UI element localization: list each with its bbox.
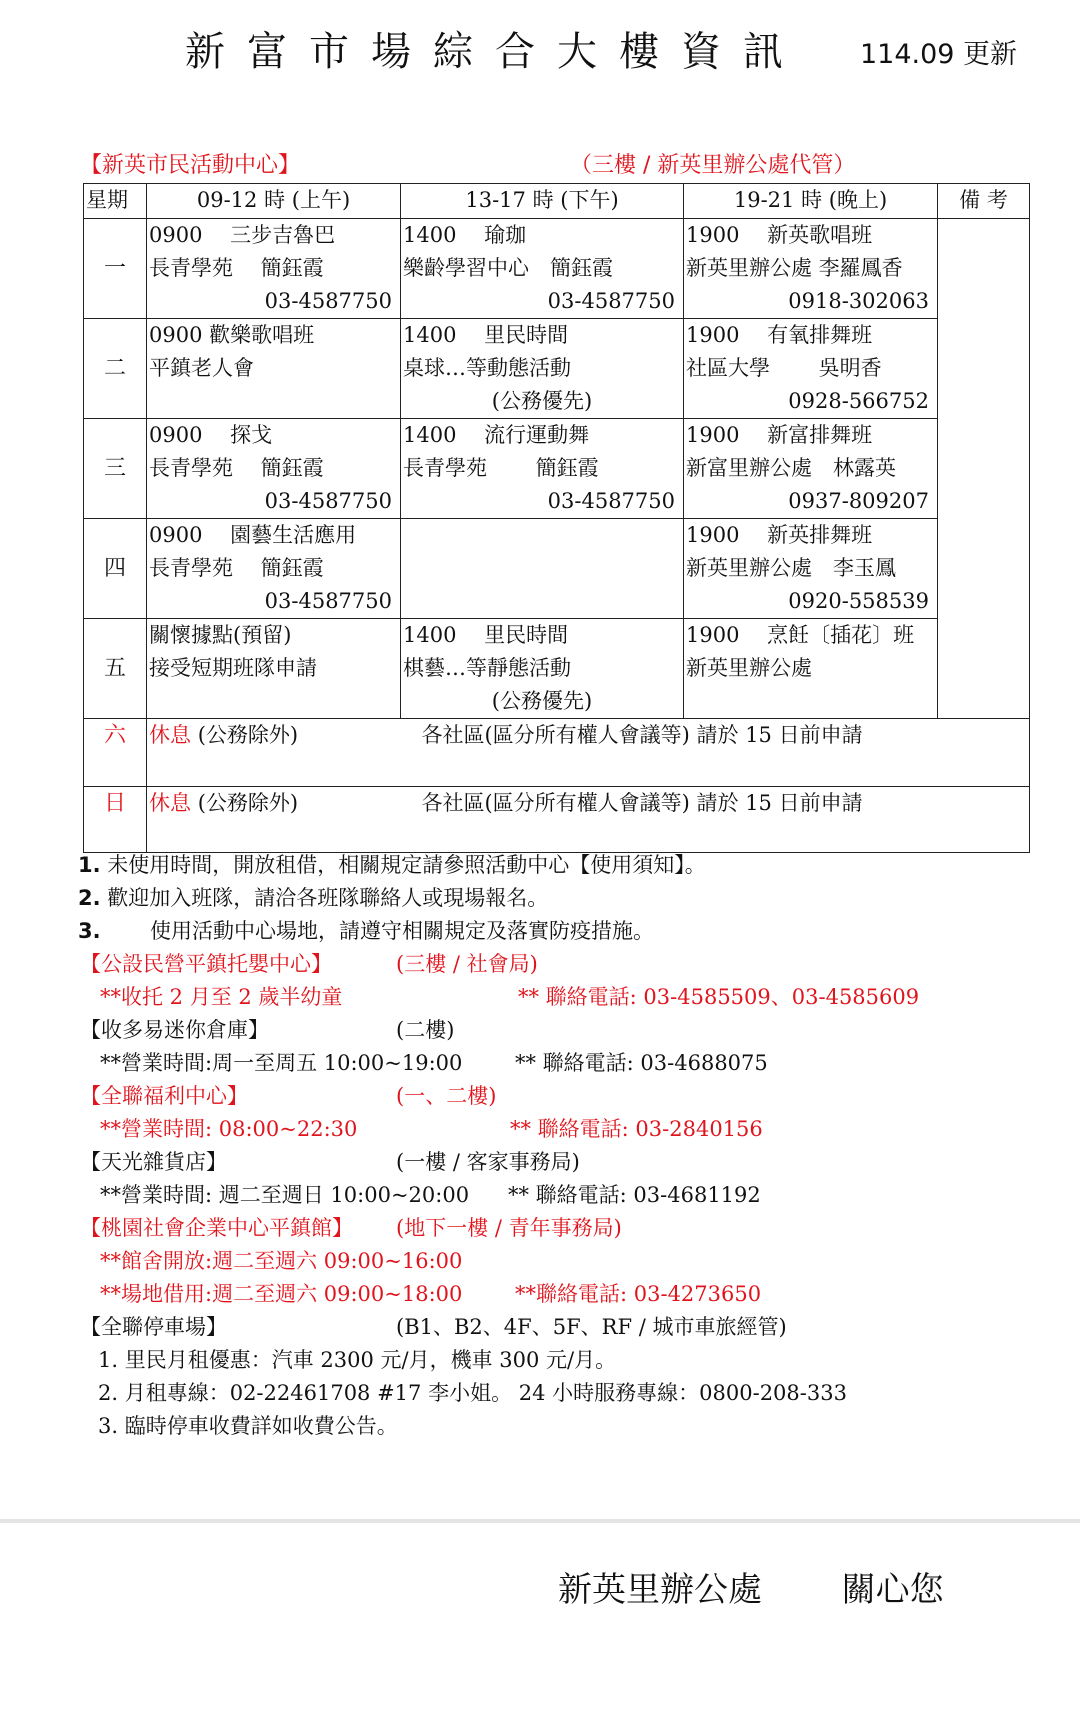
day-label: 二 (84, 319, 147, 419)
afternoon-cell: 1400 里民時間 桌球…等動態活動 (公務優先) (401, 319, 684, 419)
class-phone (149, 385, 398, 418)
note-text: 歡迎加入班隊，請洽各班隊聯絡人或現場報名。 (107, 886, 548, 910)
note-number: 1. (78, 853, 101, 877)
class-phone (403, 585, 681, 618)
class-phone (686, 685, 935, 718)
evening-cell: 1900 烹飪〔插花〕班 新英里辦公處 (684, 619, 938, 719)
class-phone: 03-4587750 (149, 585, 398, 618)
social-enterprise-phone: **聯絡電話: 03-4273650 (515, 1278, 761, 1308)
table-header-row: 星期 09-12 時 (上午) 13-17 時 (下午) 19-21 時 (晚上… (84, 184, 1030, 219)
social-enterprise-name: 【桃園社會企業中心平鎮館】 (80, 1212, 353, 1242)
morning-cell: 0900 探戈 長青學苑 簡鈺霞 03-4587750 (147, 419, 401, 519)
nursery-detail: **收托 2 月至 2 歲半幼童 (100, 981, 342, 1011)
class-organizer: 長青學苑 簡鈺霞 (149, 252, 398, 285)
day-label: 三 (84, 419, 147, 519)
welfare-phone: ** 聯絡電話: 03-2840156 (510, 1113, 763, 1143)
rest-note: (公務除外) (198, 723, 298, 747)
class-phone: 03-4587750 (149, 485, 398, 518)
evening-cell: 1900 有氧排舞班 社區大學 吳明香 0928-566752 (684, 319, 938, 419)
parking-location: (B1、B2、4F、5F、RF / 城市車旅經管) (396, 1311, 787, 1341)
note-2: 2. 歡迎加入班隊，請洽各班隊聯絡人或現場報名。 (78, 882, 548, 912)
class-title (403, 519, 681, 552)
page-title: 新富市場綜合大樓資訊 (185, 20, 805, 77)
class-title: 0900 歡樂歌唱班 (149, 319, 398, 352)
update-date: 114.09 更新 (860, 32, 1017, 71)
afternoon-cell: 1400 瑜珈 樂齡學習中心 簡鈺霞 03-4587750 (401, 219, 684, 319)
class-organizer: 棋藝…等靜態活動 (403, 652, 681, 685)
apply-note: 各社區(區分所有權人會議等) 請於 15 日前申請 (421, 723, 862, 747)
grocery-phone: ** 聯絡電話: 03-4681192 (508, 1179, 761, 1209)
class-phone: 03-4587750 (403, 285, 681, 318)
day-label: 六 (84, 719, 147, 787)
note-3: 3. 使用活動中心場地，請遵守相關規定及落實防疫措施。 (78, 915, 654, 945)
class-phone: 0937-809207 (686, 485, 935, 518)
footer-message: 關心您 (842, 1570, 944, 1610)
welfare-name: 【全聯福利中心】 (80, 1080, 248, 1110)
footer: 新英里辦公處 關心您 (558, 1562, 944, 1611)
class-organizer: 平鎮老人會 (149, 352, 398, 385)
class-title: 1400 瑜珈 (403, 219, 681, 252)
class-organizer: 桌球…等動態活動 (403, 352, 681, 385)
class-organizer: 新英里辦公處 李玉鳳 (686, 552, 935, 585)
rest-note: (公務除外) (198, 791, 298, 815)
class-title: 關懷據點(預留) (149, 619, 398, 652)
social-enterprise-hours: **館舍開放:週二至週六 09:00~16:00 (100, 1245, 462, 1275)
class-phone: 03-4587750 (149, 285, 398, 318)
divider (0, 1519, 1080, 1523)
col-header-evening: 19-21 時 (晚上) (684, 184, 938, 219)
table-row: 四 0900 園藝生活應用 長青學苑 簡鈺霞 03-4587750 1900 新… (84, 519, 1030, 619)
class-title: 1900 有氧排舞班 (686, 319, 935, 352)
weekend-cell: 休息 (公務除外) 各社區(區分所有權人會議等) 請於 15 日前申請 (147, 719, 1030, 787)
evening-cell: 1900 新富排舞班 新富里辦公處 林露英 0937-809207 (684, 419, 938, 519)
note-1: 1. 未使用時間，開放租借，相關規定請參照活動中心【使用須知】。 (78, 849, 706, 879)
storage-location: (二樓) (396, 1014, 454, 1044)
col-header-day: 星期 (84, 184, 147, 219)
day-label: 四 (84, 519, 147, 619)
weekend-cell: 休息 (公務除外) 各社區(區分所有權人會議等) 請於 15 日前申請 (147, 787, 1030, 853)
note-number: 3. (78, 919, 101, 943)
parking-item: 1. 里民月租優惠：汽車 2300 元/月，機車 300 元/月。 (98, 1344, 616, 1374)
table-row: 一 0900 三步吉魯巴 長青學苑 簡鈺霞 03-4587750 1400 瑜珈… (84, 219, 1030, 319)
morning-cell: 0900 三步吉魯巴 長青學苑 簡鈺霞 03-4587750 (147, 219, 401, 319)
evening-cell: 1900 新英排舞班 新英里辦公處 李玉鳳 0920-558539 (684, 519, 938, 619)
note-number: 2. (78, 886, 101, 910)
morning-cell: 關懷據點(預留) 接受短期班隊申請 (147, 619, 401, 719)
parking-item: 3. 臨時停車收費詳如收費公告。 (98, 1410, 398, 1440)
class-organizer: 長青學苑 簡鈺霞 (403, 452, 681, 485)
welfare-location: (一、二樓) (396, 1080, 496, 1110)
social-enterprise-rental: **場地借用:週二至週六 09:00~18:00 (100, 1278, 462, 1308)
class-title: 1900 烹飪〔插花〕班 (686, 619, 935, 652)
col-header-afternoon: 13-17 時 (下午) (401, 184, 684, 219)
rest-label: 休息 (149, 791, 191, 815)
parking-item: 2. 月租專線：02-22461708 #17 李小姐。 24 小時服務專線：0… (98, 1377, 847, 1407)
table-row: 三 0900 探戈 長青學苑 簡鈺霞 03-4587750 1400 流行運動舞… (84, 419, 1030, 519)
table-row-weekend: 日 休息 (公務除外) 各社區(區分所有權人會議等) 請於 15 日前申請 (84, 787, 1030, 853)
apply-note: 各社區(區分所有權人會議等) 請於 15 日前申請 (421, 791, 862, 815)
grocery-location: (一樓 / 客家事務局) (396, 1146, 580, 1176)
afternoon-cell: 1400 流行運動舞 長青學苑 簡鈺霞 03-4587750 (401, 419, 684, 519)
class-organizer: 接受短期班隊申請 (149, 652, 398, 685)
class-phone: 0920-558539 (686, 585, 935, 618)
class-organizer: 樂齡學習中心 簡鈺霞 (403, 252, 681, 285)
afternoon-cell: 1400 里民時間 棋藝…等靜態活動 (公務優先) (401, 619, 684, 719)
class-title: 0900 三步吉魯巴 (149, 219, 398, 252)
class-title: 1400 流行運動舞 (403, 419, 681, 452)
class-organizer: 新富里辦公處 林露英 (686, 452, 935, 485)
note-text: 未使用時間，開放租借，相關規定請參照活動中心【使用須知】。 (107, 853, 706, 877)
activity-center-location: （三樓 / 新英里辦公處代管） (570, 148, 855, 179)
class-title: 1900 新英排舞班 (686, 519, 935, 552)
parking-name: 【全聯停車場】 (80, 1311, 227, 1341)
storage-detail: **營業時間:周一至周五 10:00~19:00 (100, 1047, 462, 1077)
class-organizer: 新英里辦公處 (686, 652, 935, 685)
table-row: 二 0900 歡樂歌唱班 平鎮老人會 1400 里民時間 桌球…等動態活動 (公… (84, 319, 1030, 419)
class-title: 0900 探戈 (149, 419, 398, 452)
day-label: 日 (84, 787, 147, 853)
table-row: 五 關懷據點(預留) 接受短期班隊申請 1400 里民時間 棋藝…等靜態活動 (… (84, 619, 1030, 719)
col-header-remarks: 備 考 (938, 184, 1030, 219)
footer-office: 新英里辦公處 (558, 1570, 762, 1610)
nursery-name: 【公設民營平鎮托嬰中心】 (80, 948, 332, 978)
schedule-table: 星期 09-12 時 (上午) 13-17 時 (下午) 19-21 時 (晚上… (83, 183, 1030, 853)
rest-label: 休息 (149, 723, 191, 747)
class-title: 1400 里民時間 (403, 619, 681, 652)
class-organizer: 社區大學 吳明香 (686, 352, 935, 385)
morning-cell: 0900 歡樂歌唱班 平鎮老人會 (147, 319, 401, 419)
day-label: 五 (84, 619, 147, 719)
grocery-name: 【天光雜貨店】 (80, 1146, 227, 1176)
class-organizer: 新英里辦公處 李羅鳳香 (686, 252, 935, 285)
evening-cell: 1900 新英歌唱班 新英里辦公處 李羅鳳香 0918-302063 (684, 219, 938, 319)
morning-cell: 0900 園藝生活應用 長青學苑 簡鈺霞 03-4587750 (147, 519, 401, 619)
class-phone: 0918-302063 (686, 285, 935, 318)
nursery-phone: ** 聯絡電話: 03-4585509、03-4585609 (518, 981, 919, 1011)
class-phone (149, 685, 398, 718)
note-text: 使用活動中心場地，請遵守相關規定及落實防疫措施。 (150, 919, 654, 943)
remarks-cell (938, 219, 1030, 719)
storage-phone: ** 聯絡電話: 03-4688075 (515, 1047, 768, 1077)
welfare-detail: **營業時間: 08:00~22:30 (100, 1113, 357, 1143)
storage-name: 【收多易迷你倉庫】 (80, 1014, 269, 1044)
grocery-detail: **營業時間: 週二至週日 10:00~20:00 (100, 1179, 469, 1209)
class-title: 0900 園藝生活應用 (149, 519, 398, 552)
social-enterprise-location: (地下一樓 / 青年事務局) (396, 1212, 622, 1242)
class-title: 1400 里民時間 (403, 319, 681, 352)
class-organizer: 長青學苑 簡鈺霞 (149, 552, 398, 585)
table-row-weekend: 六 休息 (公務除外) 各社區(區分所有權人會議等) 請於 15 日前申請 (84, 719, 1030, 787)
class-phone: 03-4587750 (403, 485, 681, 518)
afternoon-cell (401, 519, 684, 619)
class-organizer: 長青學苑 簡鈺霞 (149, 452, 398, 485)
class-phone: 0928-566752 (686, 385, 935, 418)
day-label: 一 (84, 219, 147, 319)
class-title: 1900 新英歌唱班 (686, 219, 935, 252)
class-note: (公務優先) (403, 385, 681, 418)
activity-center-name: 【新英市民活動中心】 (80, 148, 300, 179)
class-title: 1900 新富排舞班 (686, 419, 935, 452)
class-note: (公務優先) (403, 685, 681, 718)
col-header-morning: 09-12 時 (上午) (147, 184, 401, 219)
nursery-location: (三樓 / 社會局) (396, 948, 538, 978)
class-organizer (403, 552, 681, 585)
